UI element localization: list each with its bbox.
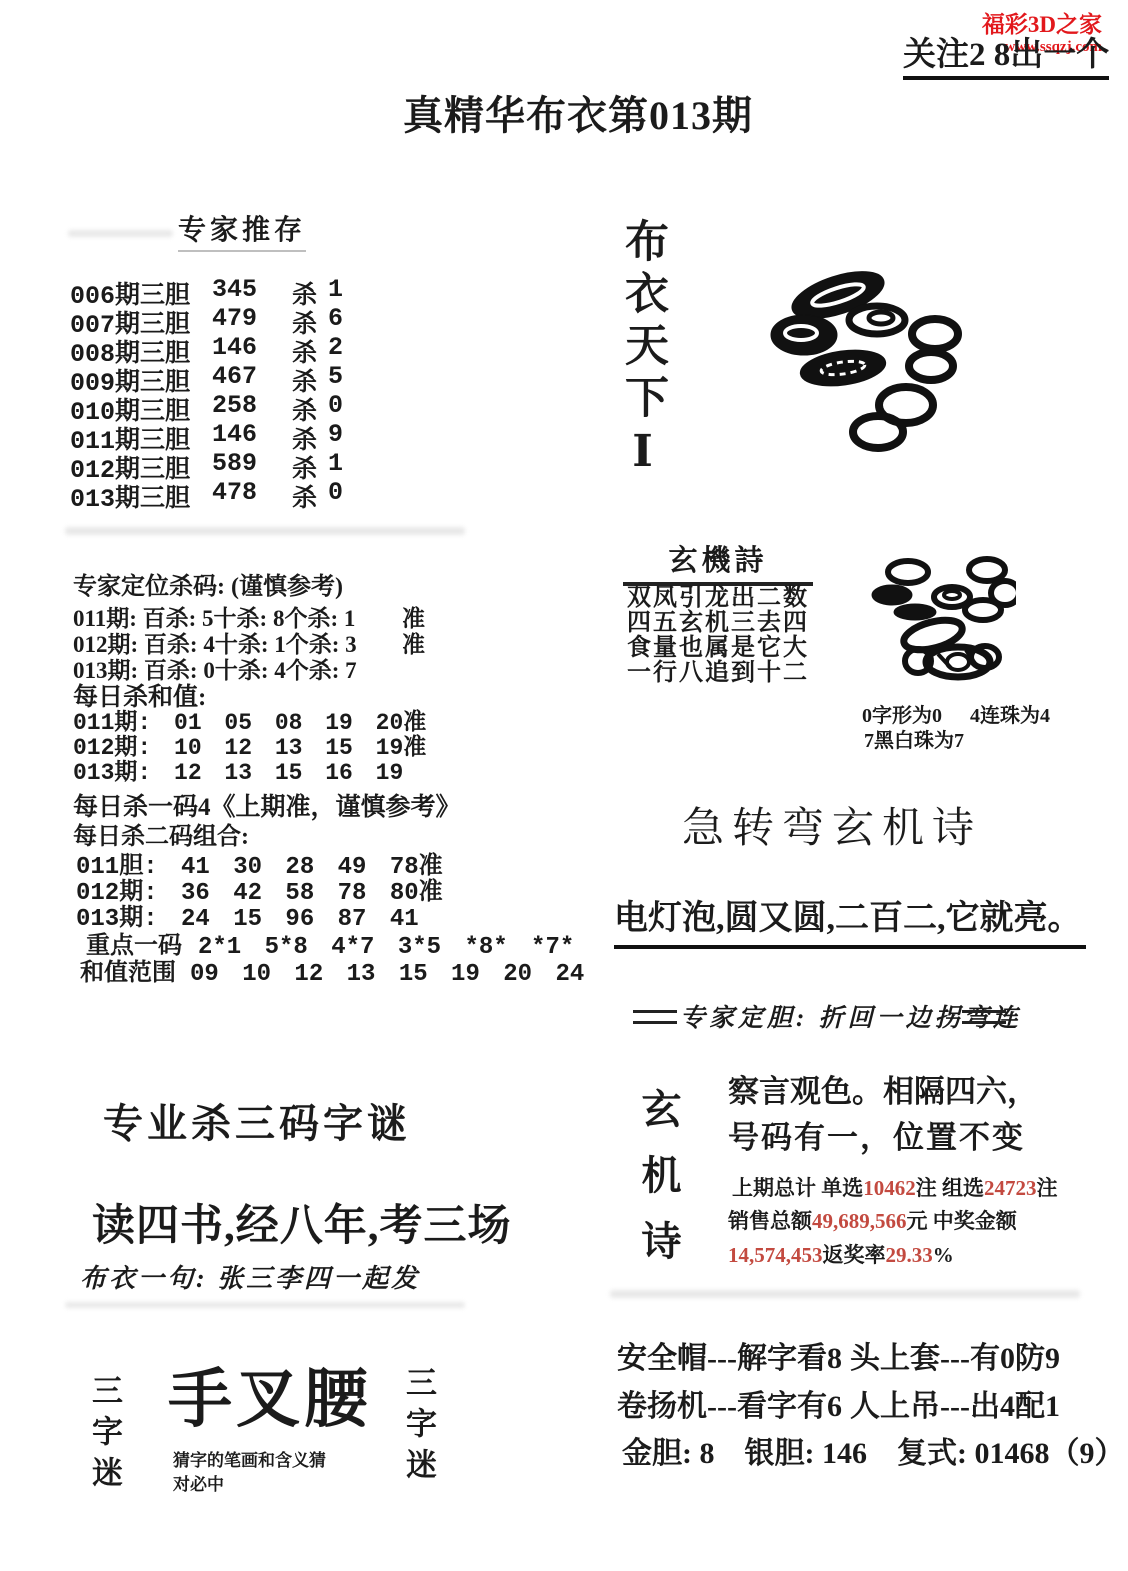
stats-text: 注 组选: [916, 1176, 984, 1200]
gold-dan: 金胆: 8: [622, 1428, 715, 1472]
bottom-riddle-3: 卷扬机---看字有6: [617, 1381, 842, 1425]
three-char-riddle-answer: 手叉腰: [168, 1348, 372, 1440]
stats-text: 元 中奖金额: [907, 1209, 1017, 1233]
dingwei-header: 专家定位杀码: (谨慎参考): [73, 566, 343, 601]
stats-number: 10462: [863, 1176, 916, 1200]
double-line-decoration: [633, 1010, 677, 1024]
bottom-riddle-4: 人上吊---出4配1: [850, 1381, 1060, 1425]
double-line-decoration: [962, 1010, 1006, 1024]
stats-text: 销售总额: [728, 1209, 812, 1233]
bottom-riddle-1: 安全帽---解字看8: [617, 1333, 842, 1377]
three-char-riddle-label-left: 三字迷: [82, 1374, 127, 1497]
sharp-turn-line: 电灯泡,圆又圆,二百二,它就亮。: [614, 900, 1082, 937]
sum-kill-row: 013期: 12 13 15 16 19: [73, 753, 425, 786]
bead-note-b: 4连珠为4: [970, 699, 1050, 728]
row-kill-digit: 0: [328, 478, 343, 514]
kill-three-title: 专业杀三码字谜: [103, 1092, 411, 1149]
stats-text: 上期总计 单选: [732, 1176, 863, 1200]
sum-range-values: 09 10 12 13 15 19 20 24: [190, 961, 584, 988]
row-kill-label: 杀: [292, 478, 328, 514]
stats-text: %: [933, 1243, 954, 1267]
final-picks-line: 金胆: 8 银胆: 146 复式: 01468（9）: [622, 1428, 1125, 1472]
buyi-sentence: 布衣一句: 张三李四一起发: [80, 1258, 420, 1295]
stats-number: 29.33: [886, 1243, 933, 1267]
bead-note-c: 7黑白珠为7: [864, 724, 964, 753]
poem-line: 一行八追到十二: [627, 652, 809, 687]
scan-smudge: [68, 230, 173, 237]
riddle-note-2: 对必中: [173, 1470, 224, 1495]
xuanji-vertical-label: 玄机诗: [630, 1088, 687, 1286]
sum-range-line: 和值范围 09 10 12 13 15 19 20 24: [80, 952, 584, 988]
silver-dan: 银胆: 146: [745, 1428, 868, 1472]
stats-text: 返奖率: [823, 1243, 886, 1267]
three-char-riddle-label-right: 三字迷: [396, 1366, 441, 1489]
bottom-riddle-2: 头上套---有0防9: [850, 1333, 1060, 1377]
sharp-turn-line-wrap: 电灯泡,圆又圆,二百二,它就亮。: [614, 890, 1086, 949]
row-text: 013期: 12 13 15 16 19: [73, 753, 403, 786]
xuanji-line-2: 号码有一，位置不变: [728, 1112, 1025, 1157]
word-riddle-line: 读四书,经八年,考三场: [92, 1192, 512, 1253]
sharp-turn-title: 急转弯玄机诗: [682, 795, 982, 855]
sum-range-label: 和值范围: [80, 960, 176, 986]
fushi-picks: 复式: 01468（9）: [897, 1428, 1125, 1472]
recommend-row: 013期三胆478杀0: [70, 478, 343, 514]
scan-smudge: [65, 527, 465, 535]
page-title: 真精华布衣第013期: [403, 84, 753, 141]
stats-line-2: 销售总额49,689,566元 中奖金额: [728, 1205, 1017, 1235]
stats-number: 49,689,566: [812, 1209, 907, 1233]
riddle-note-1: 猜字的笔画和含义猜: [173, 1446, 326, 1471]
stats-number: 14,574,453: [728, 1243, 823, 1267]
beads-illustration-2: [866, 556, 1016, 681]
recommend-header: 专家推存: [178, 208, 306, 252]
row-issue: 013期三胆: [70, 478, 212, 514]
stats-number: 24723: [984, 1176, 1037, 1200]
scanned-lottery-sheet: 福彩3D之家 www.ssqzj.com 关注2 8出一个 真精华布衣第013期…: [0, 0, 1128, 1571]
row-dan: 478: [212, 478, 292, 514]
beads-illustration-1: [765, 262, 975, 457]
xuanji-line-1: 察言观色。相隔四六，: [728, 1066, 1038, 1111]
stats-text: 注: [1037, 1176, 1058, 1200]
scan-smudge: [65, 1302, 465, 1308]
buyitianxia-banner: 布衣天下Ⅰ: [610, 218, 674, 485]
scan-smudge: [610, 1290, 1080, 1298]
stats-line-1: 上期总计 单选10462注 组选24723注: [732, 1172, 1058, 1202]
stats-line-3: 14,574,453返奖率29.33%: [728, 1239, 954, 1269]
header-note: 关注2 8出一个: [903, 28, 1109, 80]
